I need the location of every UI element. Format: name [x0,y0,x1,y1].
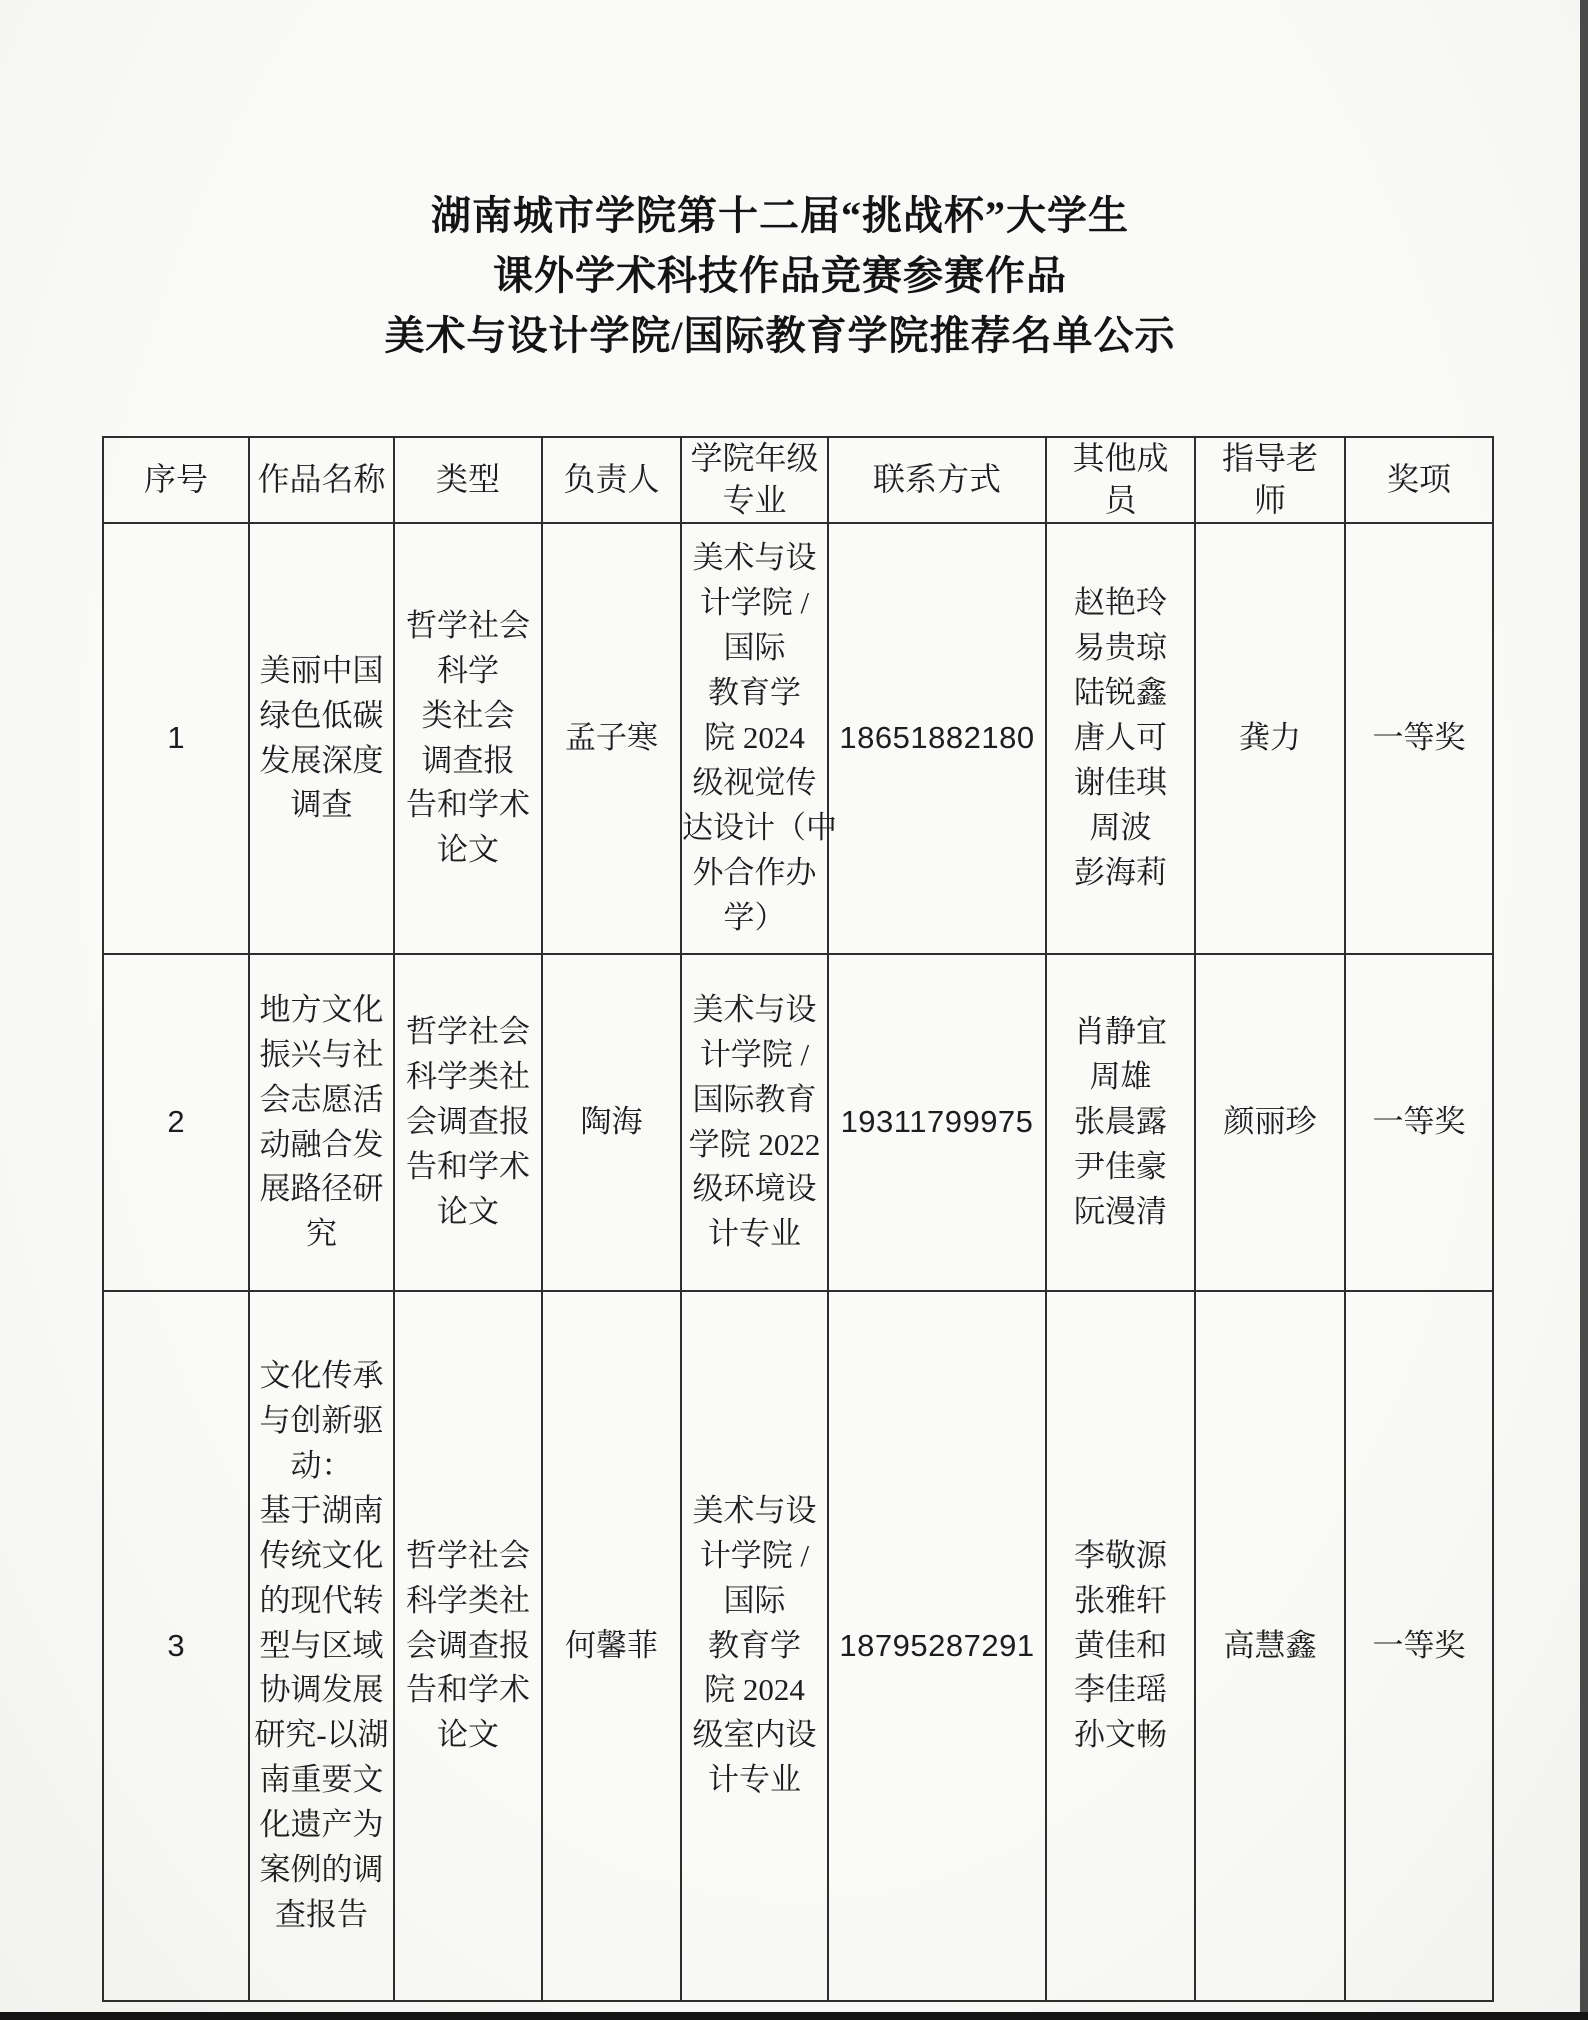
title-line-3: 美术与设计学院/国际教育学院推荐名单公示 [0,306,1560,366]
cell-advisor: 颜丽珍 [1195,954,1345,1291]
header-other-members: 其他成 员 [1046,437,1195,523]
cell-contact: 18795287291 [828,1291,1046,2001]
table-row: 1 美丽中国 绿色低碳 发展深度 调查 哲学社会 科学 类社会 调查报 告和学术… [103,523,1493,954]
cell-serial: 3 [103,1291,249,2001]
cell-leader: 陶海 [542,954,681,1291]
table-header-row: 序号 作品名称 类型 负责人 学院年级 专业 联系方式 其他成 员 指导老 师 … [103,437,1493,523]
photo-edge-bottom [0,2012,1588,2020]
document-page: 湖南城市学院第十二届“挑战杯”大学生 课外学术科技作品竞赛参赛作品 美术与设计学… [0,0,1588,2020]
cell-award: 一等奖 [1345,523,1493,954]
header-contact: 联系方式 [828,437,1046,523]
cell-contact: 19311799975 [828,954,1046,1291]
header-work-title: 作品名称 [249,437,394,523]
cell-other-members: 李敬源 张雅轩 黄佳和 李佳瑶 孙文畅 [1046,1291,1195,2001]
header-category: 类型 [394,437,542,523]
cell-work-title: 文化传承 与创新驱 动： 基于湖南 传统文化 的现代转 型与区域 协调发展 研究… [249,1291,394,2001]
cell-award: 一等奖 [1345,1291,1493,2001]
header-advisor: 指导老 师 [1195,437,1345,523]
cell-category: 哲学社会 科学 类社会 调查报 告和学术 论文 [394,523,542,954]
cell-other-members: 赵艳玲 易贵琼 陆锐鑫 唐人可 谢佳琪 周波 彭海莉 [1046,523,1195,954]
cell-college-grade-major: 美术与设 计学院 / 国际 教育学 院 2024 级室内设 计专业 [681,1291,828,2001]
cell-work-title: 美丽中国 绿色低碳 发展深度 调查 [249,523,394,954]
document-title: 湖南城市学院第十二届“挑战杯”大学生 课外学术科技作品竞赛参赛作品 美术与设计学… [0,186,1560,366]
cell-work-title: 地方文化 振兴与社 会志愿活 动融合发 展路径研 究 [249,954,394,1291]
cell-contact: 18651882180 [828,523,1046,954]
cell-college-grade-major: 美术与设 计学院 / 国际 教育学 院 2024 级视觉传 达设计（中 外合作办… [681,523,828,954]
cell-category: 哲学社会 科学类社 会调查报 告和学术 论文 [394,954,542,1291]
cell-other-members: 肖静宜 周雄 张晨露 尹佳豪 阮漫清 [1046,954,1195,1291]
table-row: 2 地方文化 振兴与社 会志愿活 动融合发 展路径研 究 哲学社会 科学类社 会… [103,954,1493,1291]
cell-serial: 2 [103,954,249,1291]
recommendation-table: 序号 作品名称 类型 负责人 学院年级 专业 联系方式 其他成 员 指导老 师 … [102,436,1494,2002]
cell-leader: 孟子寒 [542,523,681,954]
cell-leader: 何馨菲 [542,1291,681,2001]
cell-college-grade-major: 美术与设 计学院 / 国际教育 学院 2022 级环境设 计专业 [681,954,828,1291]
header-college-grade-major: 学院年级 专业 [681,437,828,523]
cell-serial: 1 [103,523,249,954]
title-line-2: 课外学术科技作品竞赛参赛作品 [0,246,1560,306]
cell-category: 哲学社会 科学类社 会调查报 告和学术 论文 [394,1291,542,2001]
cell-advisor: 高慧鑫 [1195,1291,1345,2001]
photo-edge-right [1580,0,1588,2020]
cell-advisor: 龚力 [1195,523,1345,954]
cell-award: 一等奖 [1345,954,1493,1291]
header-leader: 负责人 [542,437,681,523]
title-line-1: 湖南城市学院第十二届“挑战杯”大学生 [0,186,1560,246]
header-award: 奖项 [1345,437,1493,523]
table-row: 3 文化传承 与创新驱 动： 基于湖南 传统文化 的现代转 型与区域 协调发展 … [103,1291,1493,2001]
header-serial: 序号 [103,437,249,523]
